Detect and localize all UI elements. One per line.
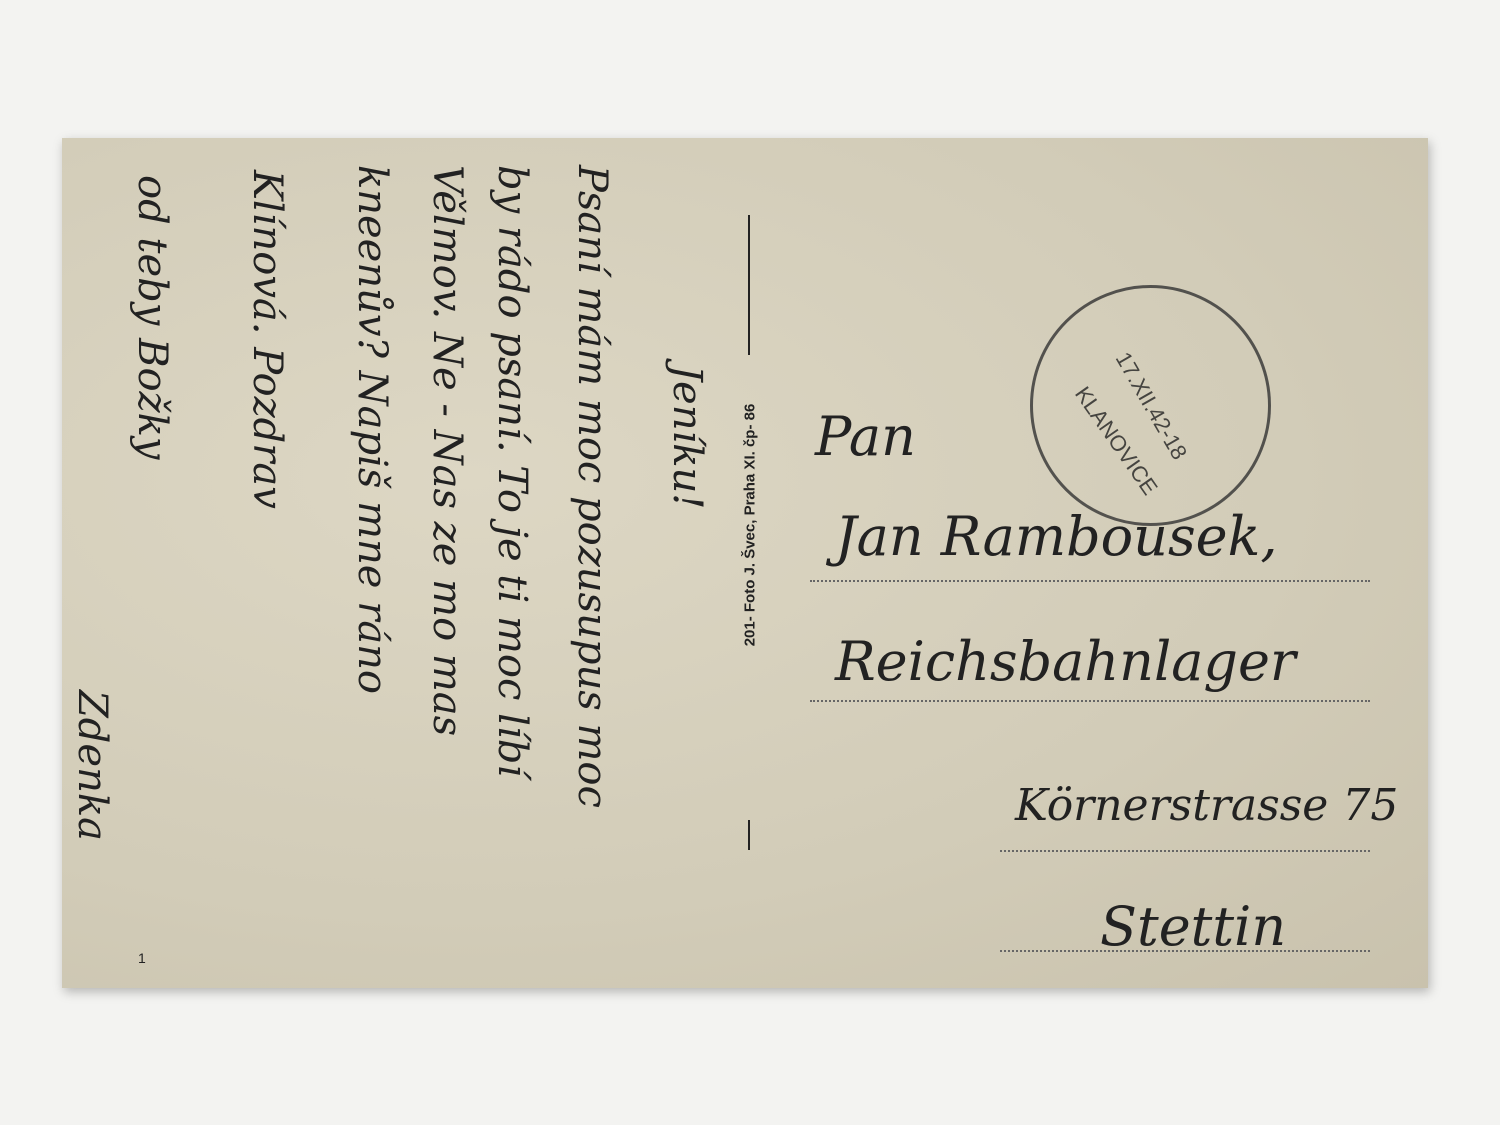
address-line-1: Pan	[815, 405, 916, 468]
message-line: kneenův? Napiš mne ráno	[349, 165, 395, 694]
message-line: by rádo psaní. To je ti moc líbí	[489, 165, 535, 777]
message-line: Klínová. Pozdrav	[244, 170, 290, 509]
postmark: 17.XII.42-18 KLANOVICE	[1030, 285, 1271, 526]
publisher-imprint: 201- Foto J. Švec, Praha XI. čp- 86	[735, 200, 765, 850]
address-line-4: Körnerstrasse 75	[1015, 780, 1398, 831]
message-line: Psaní mám moc pozusupus moc	[569, 165, 615, 808]
address-rule-1	[810, 580, 1370, 582]
message-line: Vělmov. Ne - Nas ze mo mas	[424, 165, 470, 736]
address-rule-2	[810, 700, 1370, 702]
address-rule-3	[1000, 850, 1370, 852]
corner-number: 1	[138, 950, 146, 966]
divider-bottom	[748, 820, 750, 850]
message-line: Jeníku!	[664, 365, 710, 509]
address-rule-4	[1000, 950, 1370, 952]
address-line-2: Jan Rambousek,	[835, 505, 1278, 568]
address-line-3: Reichsbahnlager	[835, 630, 1296, 693]
message-line: od teby Božky	[129, 175, 175, 459]
signature: Zdenka	[69, 690, 115, 841]
address-line-5: Stettin	[1100, 895, 1286, 958]
